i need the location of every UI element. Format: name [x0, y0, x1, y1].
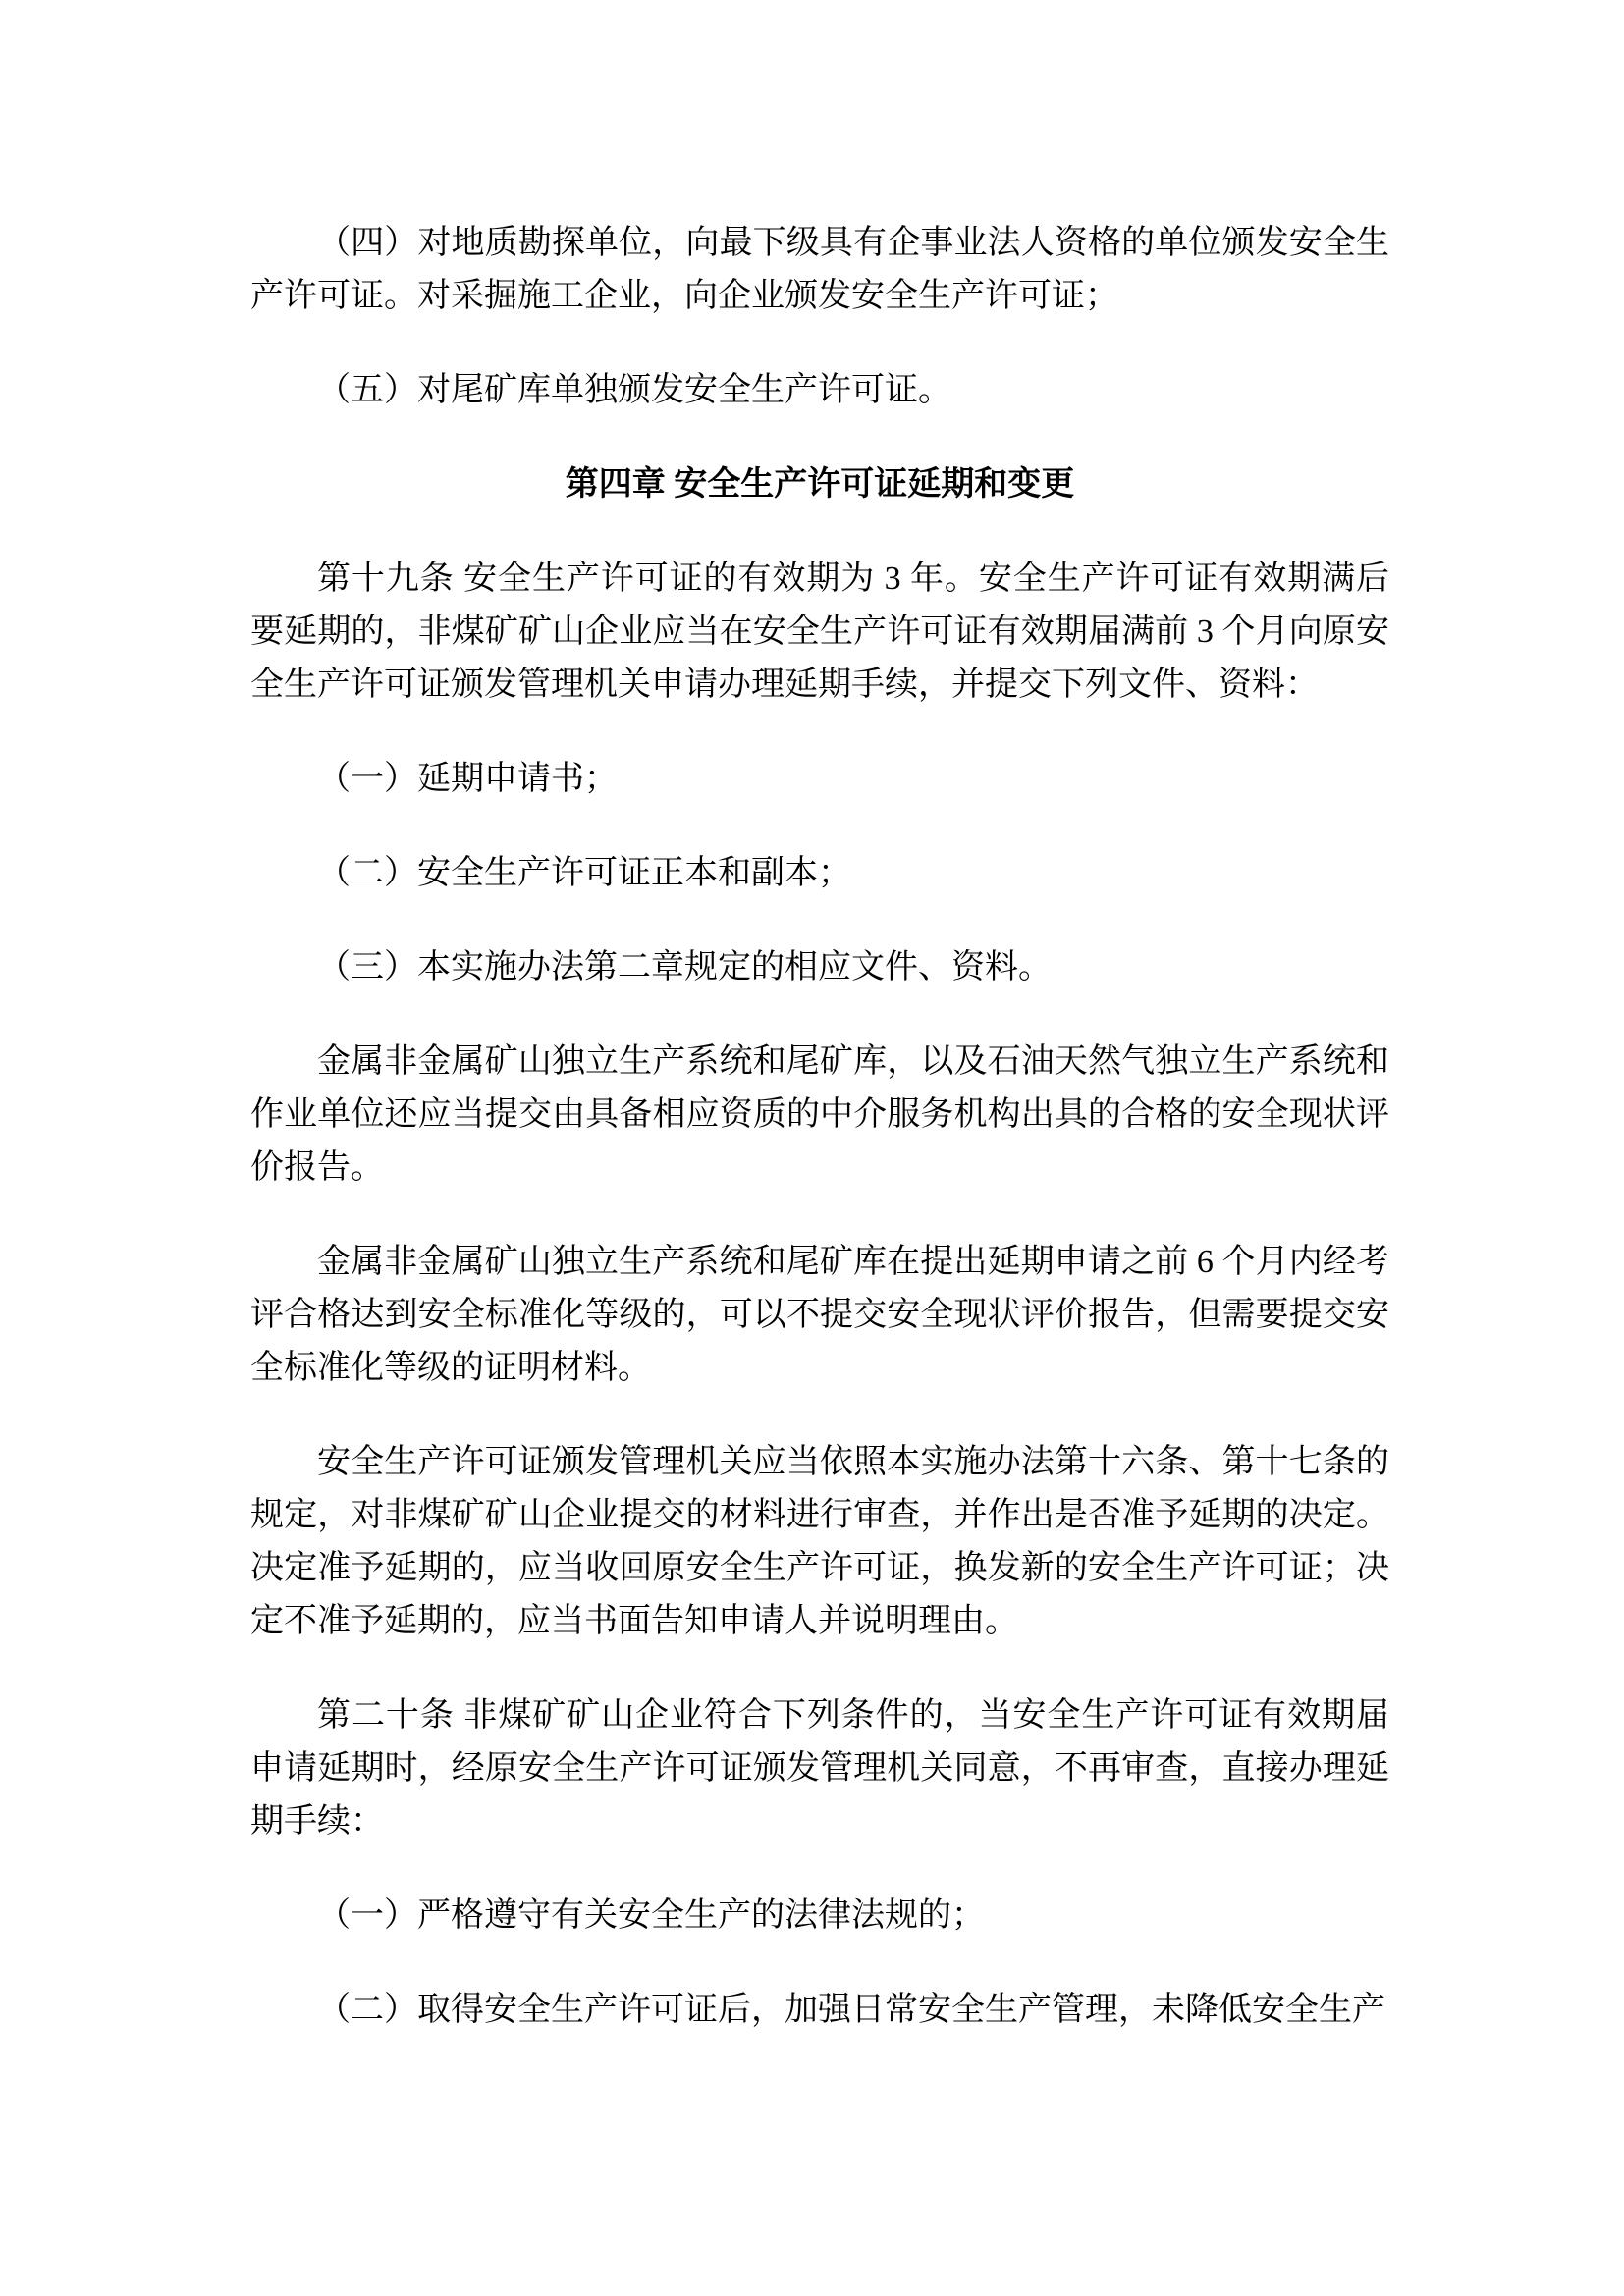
text-line: （一）严格遵守有关安全生产的法律法规的；	[250, 1890, 1389, 1943]
text-line: 金属非金属矿山独立生产系统和尾矿库在提出延期申请之前 6 个月内经考	[250, 1236, 1389, 1289]
text-line: 安全生产许可证颁发管理机关应当依照本实施办法第十六条、第十七条的	[250, 1436, 1389, 1489]
paragraph: （一）严格遵守有关安全生产的法律法规的；	[250, 1890, 1389, 1943]
document-body: （四）对地质勘探单位，向最下级具有企事业法人资格的单位颁发安全生产许可证。对采掘…	[250, 217, 1389, 2078]
text-line: 要延期的，非煤矿矿山企业应当在安全生产许可证有效期届满前 3 个月向原安	[250, 606, 1389, 659]
text-line: 决定准予延期的，应当收回原安全生产许可证，换发新的安全生产许可证；决	[250, 1542, 1389, 1595]
chapter-heading: 第四章 安全生产许可证延期和变更	[250, 458, 1389, 511]
paragraph: （五）对尾矿库单独颁发安全生产许可证。	[250, 364, 1389, 417]
text-line: （一）延期申请书；	[250, 753, 1389, 806]
text-line: 第二十条 非煤矿矿山企业符合下列条件的，当安全生产许可证有效期届满	[250, 1689, 1389, 1742]
text-line: 金属非金属矿山独立生产系统和尾矿库，以及石油天然气独立生产系统和	[250, 1036, 1389, 1089]
text-line: 期手续：	[250, 1795, 1389, 1848]
text-line: （五）对尾矿库单独颁发安全生产许可证。	[250, 364, 1389, 417]
paragraph: 第二十条 非煤矿矿山企业符合下列条件的，当安全生产许可证有效期届满申请延期时，经…	[250, 1689, 1389, 1848]
text-line: 评合格达到安全标准化等级的，可以不提交安全现状评价报告，但需要提交安	[250, 1289, 1389, 1342]
paragraph: （二）安全生产许可证正本和副本；	[250, 847, 1389, 900]
text-line: 定不准予延期的，应当书面告知申请人并说明理由。	[250, 1595, 1389, 1648]
paragraph: 安全生产许可证颁发管理机关应当依照本实施办法第十六条、第十七条的规定，对非煤矿矿…	[250, 1436, 1389, 1648]
text-line: 产许可证。对采掘施工企业，向企业颁发安全生产许可证；	[250, 270, 1389, 323]
paragraph: （四）对地质勘探单位，向最下级具有企事业法人资格的单位颁发安全生产许可证。对采掘…	[250, 217, 1389, 323]
text-line: （二）安全生产许可证正本和副本；	[250, 847, 1389, 900]
text-line: 全生产许可证颁发管理机关申请办理延期手续，并提交下列文件、资料：	[250, 659, 1389, 712]
text-line: （四）对地质勘探单位，向最下级具有企事业法人资格的单位颁发安全生	[250, 217, 1389, 270]
heading-line: 第四章 安全生产许可证延期和变更	[250, 458, 1389, 511]
text-line: 价报告。	[250, 1142, 1389, 1195]
text-line: （三）本实施办法第二章规定的相应文件、资料。	[250, 941, 1389, 994]
paragraph: 金属非金属矿山独立生产系统和尾矿库，以及石油天然气独立生产系统和作业单位还应当提…	[250, 1036, 1389, 1195]
text-line: （二）取得安全生产许可证后，加强日常安全生产管理，未降低安全生产	[250, 1984, 1389, 2037]
text-line: 申请延期时，经原安全生产许可证颁发管理机关同意，不再审查，直接办理延	[250, 1742, 1389, 1795]
paragraph: （二）取得安全生产许可证后，加强日常安全生产管理，未降低安全生产	[250, 1984, 1389, 2037]
text-line: 规定，对非煤矿矿山企业提交的材料进行审查，并作出是否准予延期的决定。	[250, 1489, 1389, 1542]
paragraph: （三）本实施办法第二章规定的相应文件、资料。	[250, 941, 1389, 994]
text-line: 作业单位还应当提交由具备相应资质的中介服务机构出具的合格的安全现状评	[250, 1089, 1389, 1142]
paragraph: 第十九条 安全生产许可证的有效期为 3 年。安全生产许可证有效期满后需要延期的，…	[250, 553, 1389, 712]
document-page: （四）对地质勘探单位，向最下级具有企事业法人资格的单位颁发安全生产许可证。对采掘…	[0, 0, 1624, 2296]
text-line: 第十九条 安全生产许可证的有效期为 3 年。安全生产许可证有效期满后需	[250, 553, 1389, 606]
text-line: 全标准化等级的证明材料。	[250, 1342, 1389, 1395]
paragraph: （一）延期申请书；	[250, 753, 1389, 806]
paragraph: 金属非金属矿山独立生产系统和尾矿库在提出延期申请之前 6 个月内经考评合格达到安…	[250, 1236, 1389, 1395]
